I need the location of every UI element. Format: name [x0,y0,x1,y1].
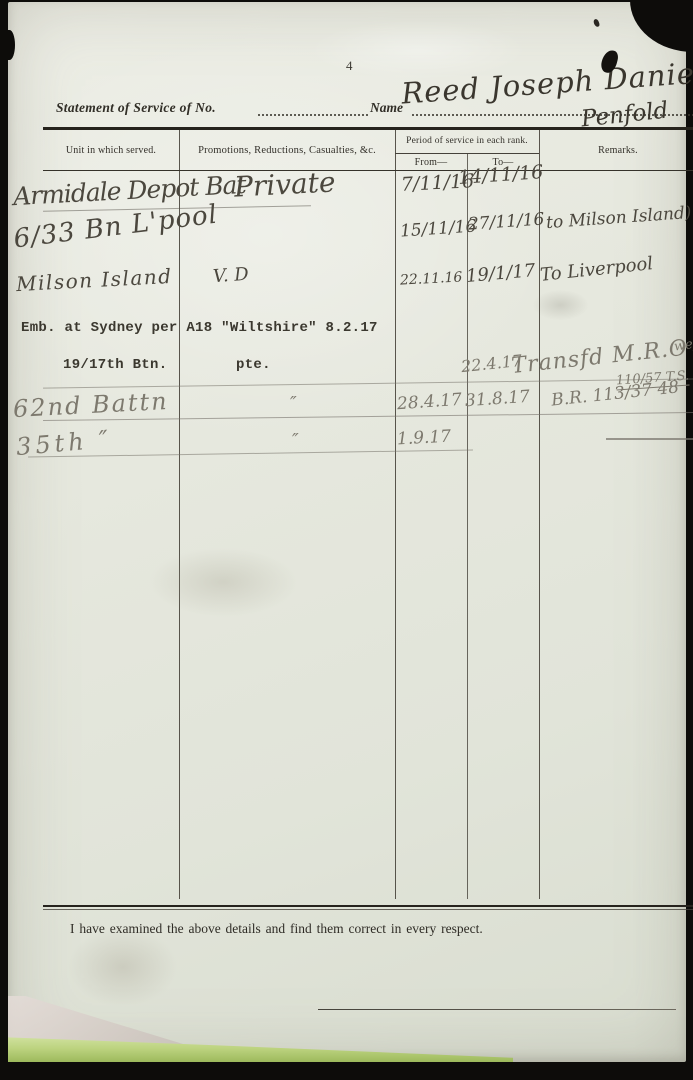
signature-line [318,1009,676,1010]
dotted-leader-number [258,113,368,116]
table-row-remarks: To Liverpool [539,253,654,286]
name-label: Name [370,100,403,116]
table-row-from-date: 15/11/16 [399,216,477,241]
paper-stain [148,547,298,617]
column-header-unit: Unit in which served. [45,145,177,156]
column-header-promotions: Promotions, Reductions, Casualties, &c. [182,145,392,156]
statement-of-service-label: Statement of Service of No. [56,100,216,116]
table-bottom-border-inner [43,909,693,910]
scan-edge-blot [4,30,15,60]
table-row-unit: Milson Island [15,264,173,296]
table-row-remarks-annotation: wef [673,336,693,354]
table-row-unit: 62nd Battn [12,387,169,423]
table-row-to-date: 31.8.17 [464,387,530,411]
table-row-promotion: Private [233,165,336,203]
table-row-promotion-ditto: ″ [290,393,297,414]
document-page: 4 Statement of Service of No. Name Reed … [8,2,686,1062]
table-bottom-border [43,905,693,907]
paper-stain [68,927,178,1007]
period-header-underline [395,153,539,154]
column-divider-to-remarks [539,130,540,899]
page-number: 4 [346,58,353,74]
scanned-document: 4 Statement of Service of No. Name Reed … [0,0,693,1080]
column-divider-unit-promotions [179,130,180,899]
table-row-remarks-dash [606,438,693,440]
table-row-from-date: 22.11.16 [400,269,463,288]
table-row-to-date: 14/11/16 [457,161,544,189]
table-row-unit: 19/17th Btn. [63,357,167,373]
table-row-to-date: 19/1/17 [465,260,536,287]
column-header-remarks: Remarks. [542,145,693,156]
paper-stain [533,290,588,320]
table-row-from-date: 1.9.17 [397,427,452,450]
table-row-promotion: pte. [236,357,271,373]
column-divider-promotions-from [395,130,396,899]
table-row-remarks: to Milson Island) [545,203,692,233]
table-row-from-date: 28.4.17 [396,390,462,414]
table-row-promotion-ditto: ″ [292,430,299,451]
table-row-promotion: V. D [212,264,249,287]
certification-statement: I have examined the above details and fi… [70,921,483,937]
column-header-from: From— [395,157,467,168]
header-bottom-border [43,170,693,171]
column-header-period: Period of service in each rank. [396,136,538,146]
table-top-border [43,127,693,130]
embarkation-note: Emb. at Sydney per A18 "Wiltshire" 8.2.1… [21,320,378,336]
table-row-to-date: 27/11/16 [467,209,545,234]
